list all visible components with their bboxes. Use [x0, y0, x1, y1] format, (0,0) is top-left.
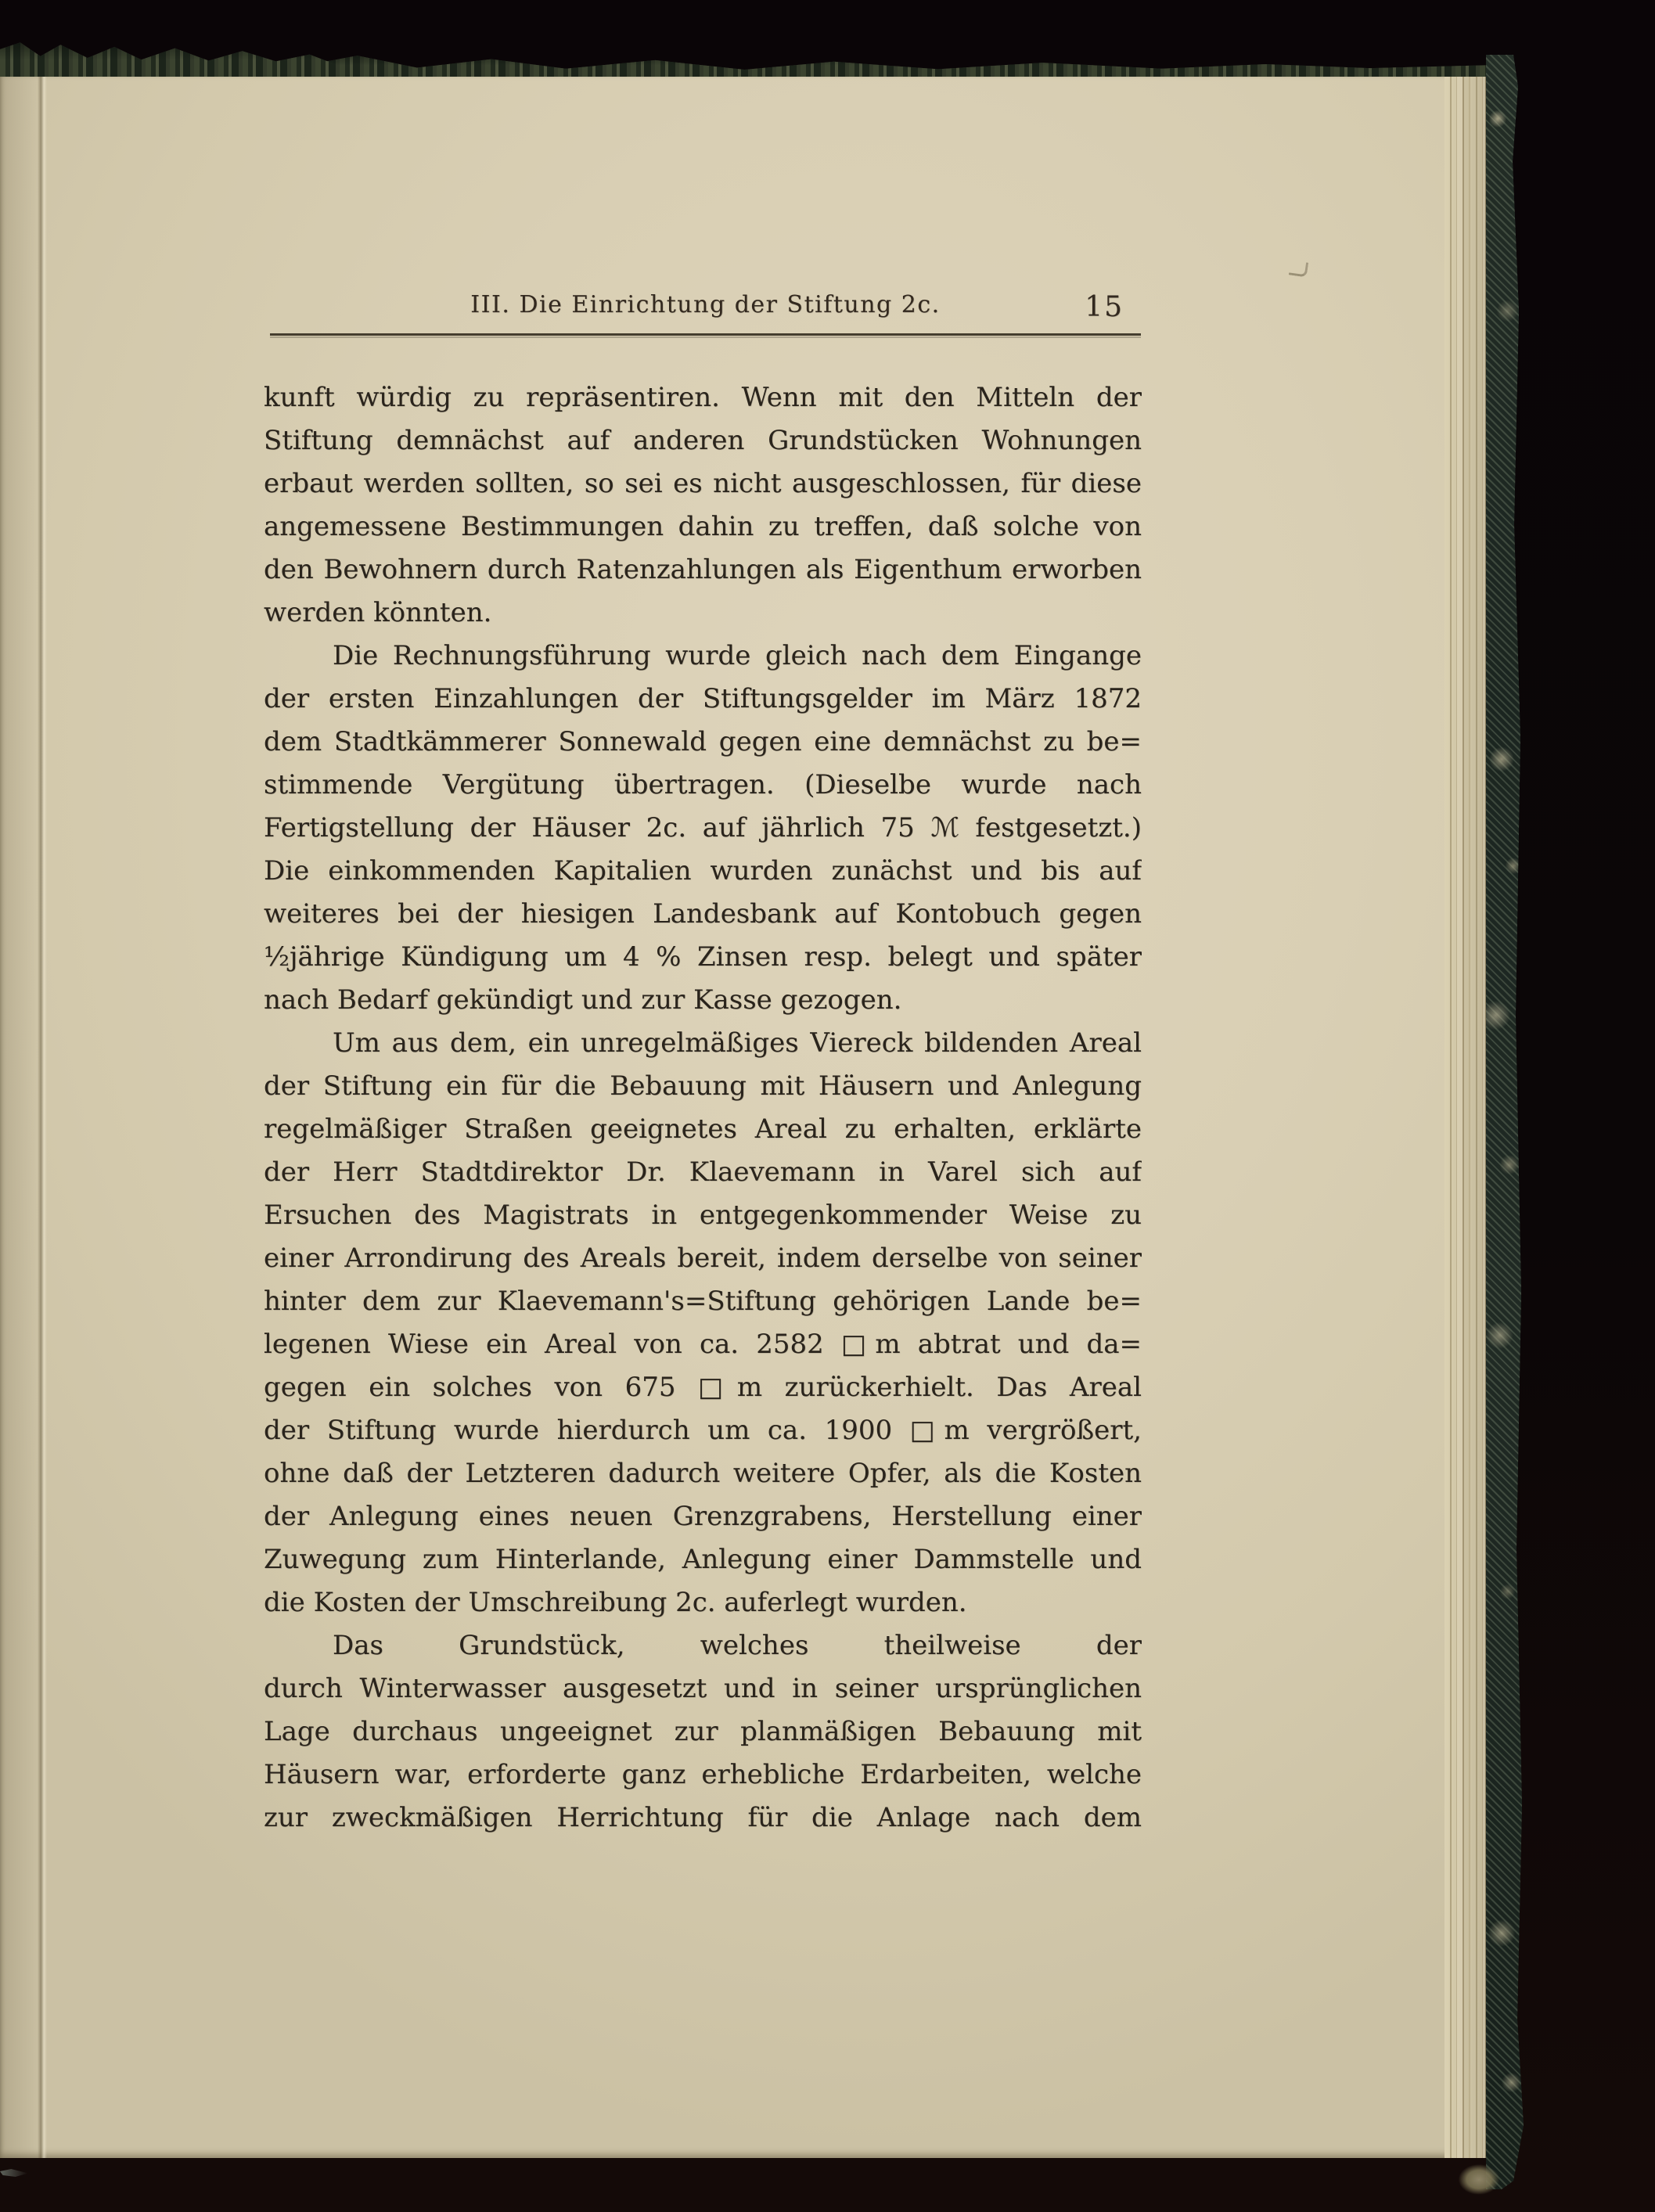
- chapter-number: III.: [470, 291, 510, 318]
- text-line: regelmäßiger Straßen geeignetes Areal zu…: [264, 1108, 1142, 1151]
- text-line: Die einkommenden Kapitalien wurden zunäc…: [264, 850, 1142, 893]
- text-line: Ersuchen des Magistrats in entgegenkomme…: [264, 1194, 1142, 1237]
- text-line: Um aus dem, ein unregelmäßiges Viereck b…: [264, 1022, 1142, 1065]
- text-line: die Kosten der Umschreibung 2c. auferleg…: [264, 1581, 1142, 1624]
- running-head: III. Die Einrichtung der Stiftung 2c. 15: [270, 291, 1141, 329]
- chapter-title: Die Einrichtung der Stiftung 2c.: [519, 291, 940, 318]
- text-line: weiteres bei der hiesigen Landesbank auf…: [264, 893, 1142, 936]
- text-line: Zuwegung zum Hinterlande, Anlegung einer…: [264, 1538, 1142, 1581]
- gutter-crease: [38, 72, 47, 2158]
- text-line: Die Rechnungsführung wurde gleich nach d…: [264, 635, 1142, 678]
- paragraph: Um aus dem, ein unregelmäßiges Viereck b…: [264, 1022, 1142, 1624]
- text-line: erbaut werden sollten, so sei es nicht a…: [264, 462, 1142, 505]
- text-line: gegen ein solches von 675 □m zurückerhie…: [264, 1366, 1142, 1409]
- text-line: werden könnten.: [264, 592, 1142, 635]
- marbled-cover-edge: [1486, 55, 1525, 2189]
- text-line: der Stiftung ein für die Bebauung mit Hä…: [264, 1065, 1142, 1108]
- text-line: stimmende Vergütung übertragen. (Dieselb…: [264, 764, 1142, 807]
- text-line: Lage durchaus ungeeignet zur planmäßigen…: [264, 1710, 1142, 1753]
- paragraph: Das Grundstück, welches theilweise der U…: [264, 1624, 1142, 1840]
- text-line: kunft würdig zu repräsentiren. Wenn mit …: [264, 376, 1142, 419]
- text-line: angemessene Bestimmungen dahin zu treffe…: [264, 505, 1142, 549]
- page-number: 15: [1085, 291, 1124, 323]
- pencil-mark: [1289, 260, 1308, 277]
- text-line: zur zweckmäßigen Herrichtung für die Anl…: [264, 1797, 1142, 1840]
- text-line: legenen Wiese ein Areal von ca. 2582 □m …: [264, 1323, 1142, 1366]
- text-line: durch Winterwasser ausgesetzt und in sei…: [264, 1667, 1142, 1710]
- text-line: dem Stadtkämmerer Sonnewald gegen eine d…: [264, 721, 1142, 764]
- text-line: Das Grundstück, welches theilweise der U…: [264, 1624, 1142, 1667]
- header-rule: [270, 333, 1141, 338]
- text-line: Häusern war, erforderte ganz erhebliche …: [264, 1753, 1142, 1797]
- paper-speck: [0, 2169, 28, 2177]
- text-line: ohne daß der Letzteren dadurch weitere O…: [264, 1452, 1142, 1495]
- gutter-shadow: [0, 72, 39, 2158]
- paragraph: Die Rechnungsführung wurde gleich nach d…: [264, 635, 1142, 1022]
- text-line: der Stiftung wurde hierdurch um ca. 1900…: [264, 1409, 1142, 1452]
- text-line: der ersten Einzahlungen der Stiftungsgel…: [264, 678, 1142, 721]
- text-line: nach Bedarf gekündigt und zur Kasse gezo…: [264, 979, 1142, 1022]
- text-line: Fertigstellung der Häuser 2c. auf jährli…: [264, 807, 1142, 850]
- text-line: der Anlegung eines neuen Grenzgrabens, H…: [264, 1495, 1142, 1538]
- text-line: Stiftung demnächst auf anderen Grundstüc…: [264, 419, 1142, 462]
- text-line: den Bewohnern durch Ratenzahlungen als E…: [264, 549, 1142, 592]
- book-top-edge-left-chunk: [0, 41, 336, 75]
- text-line: einer Arrondirung des Areals bereit, ind…: [264, 1237, 1142, 1280]
- paragraph: kunft würdig zu repräsentiren. Wenn mit …: [264, 376, 1142, 635]
- text-line: ½jährige Kündigung um 4 % Zinsen resp. b…: [264, 936, 1142, 979]
- text-line: hinter dem zur Klaevemann's=Stiftung geh…: [264, 1280, 1142, 1323]
- page-fore-edges: [1445, 72, 1488, 2158]
- body-text: kunft würdig zu repräsentiren. Wenn mit …: [264, 376, 1142, 1840]
- scanned-book-photo: { "page": { "header": { "chapter": "III.…: [0, 0, 1655, 2212]
- text-line: der Herr Stadtdirektor Dr. Klaevemann in…: [264, 1151, 1142, 1194]
